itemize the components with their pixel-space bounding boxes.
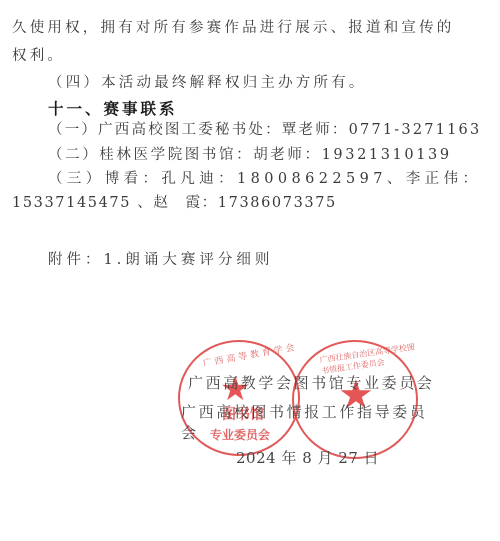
paragraph-line: 权利。 — [12, 46, 65, 66]
signature-org-2-continued: 会 — [181, 422, 199, 443]
paragraph-clause-four: （四）本活动最终解释权归主办方所有。 — [48, 73, 367, 93]
signature-org-1: 广西高教学会图书馆专业委员会 — [188, 372, 434, 393]
stamp-ring-text: 广西高等教育学会 — [202, 340, 299, 369]
attachment-note: 附件：1.朗诵大赛评分细则 — [48, 250, 273, 270]
signature-date: 2024 年 8 月 27 日 — [236, 447, 379, 468]
official-stamp-right: 广西壮族自治区高等学校图书情报工作委员会 ★ — [292, 340, 418, 459]
contact-item-3-continued: 15337145475 、赵 霞：17386073375 — [12, 193, 337, 213]
stamp-center-text: 专业委员会 — [200, 426, 280, 443]
contact-item-2: （二）桂林医学院图书馆：胡老师：19321310139 — [48, 145, 452, 165]
section-heading: 十一、赛事联系 — [48, 99, 178, 119]
signature-org-2: 广西高校图书情报工作指导委员 — [181, 401, 427, 422]
contact-item-1: （一）广西高校图工委秘书处：覃老师：0771-3271163 — [48, 120, 481, 140]
paragraph-line: 久使用权，拥有对所有参赛作品进行展示、报道和宣传的 — [12, 18, 455, 38]
contact-item-3: （三）博看：孔凡迪：18008622597、李正伟： — [48, 169, 481, 189]
